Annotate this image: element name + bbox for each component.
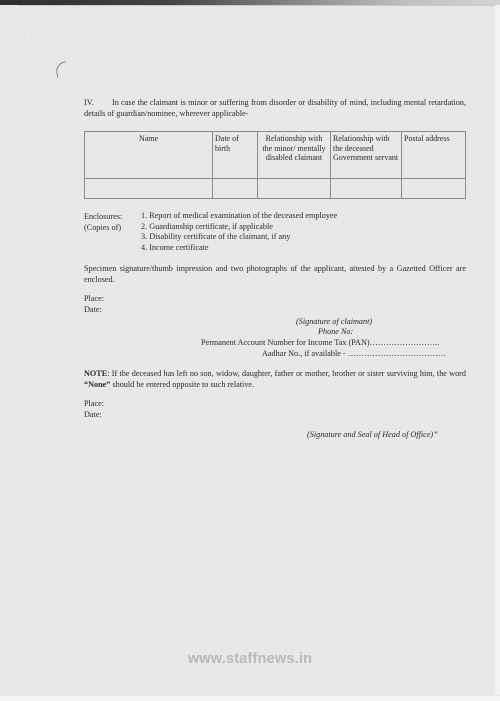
scan-artifact-mark [55, 61, 68, 77]
date-label: Date: [84, 305, 102, 316]
scanned-document-page: · · ·· · IV. In case the claimant is min… [0, 0, 500, 701]
note-text-after: should be entered opposite to such relat… [110, 380, 254, 389]
pan-label: Permanent Account Number for Income Tax … [201, 338, 439, 349]
guardian-details-table: Name Date of birth Relationship with the… [84, 131, 466, 199]
enclosure-item: 1. Report of medical examination of the … [141, 211, 337, 222]
header-relationship-claimant: Relationship with the minor/ mentally di… [258, 132, 331, 179]
enclosure-item: 2. Guardianship certificate, if applicab… [141, 222, 337, 233]
enclosure-item: 4. Income certificate [141, 243, 337, 254]
header-relationship-deceased: Relationship with the deceased Governmen… [331, 132, 402, 179]
table-row [85, 179, 466, 199]
scan-speckle-mark: · · ·· · [24, 34, 53, 40]
scan-top-shadow [18, 5, 496, 6]
cell-relationship-claimant[interactable] [258, 179, 331, 199]
aadhar-label: Aadhar No., if available - ……………………………… [262, 349, 446, 360]
cell-date-of-birth[interactable] [213, 179, 258, 199]
place-label-2: Place: [84, 399, 104, 410]
watermark-text: www.staffnews.in [0, 651, 500, 667]
cell-postal-address[interactable] [402, 179, 466, 199]
header-name: Name [85, 132, 213, 179]
enclosure-item: 3. Disability certificate of the claiman… [141, 232, 337, 243]
header-date-of-birth: Date of birth [213, 132, 258, 179]
section-text: In case the claimant is minor or sufferi… [84, 98, 466, 119]
note-text-before: : If the deceased has left no son, widow… [107, 369, 466, 378]
cell-name[interactable] [85, 179, 213, 199]
cell-relationship-deceased[interactable] [331, 179, 402, 199]
specimen-text: Specimen signature/thumb impression and … [84, 264, 466, 285]
phone-label: Phone No: [318, 327, 353, 338]
header-postal-address: Postal address [402, 132, 466, 179]
note-emphasis: “None” [84, 380, 110, 389]
enclosures-sublabel: (Copies of) [84, 222, 121, 233]
note-paragraph: NOTE: If the deceased has left no son, w… [84, 369, 466, 390]
note-prefix: NOTE [84, 369, 107, 378]
claimant-signature-label: (Signature of claimant) [296, 317, 372, 328]
date-label-2: Date: [84, 410, 102, 421]
enclosures-label: Enclosures: [84, 211, 122, 222]
head-of-office-signature-label: (Signature and Seal of Head of Office)” [307, 430, 438, 441]
scan-right-edge [495, 5, 500, 695]
place-label: Place: [84, 294, 104, 305]
scan-bottom-edge [0, 696, 500, 701]
table-header-row: Name Date of birth Relationship with the… [85, 132, 466, 179]
enclosures-list: 1. Report of medical examination of the … [141, 211, 337, 254]
